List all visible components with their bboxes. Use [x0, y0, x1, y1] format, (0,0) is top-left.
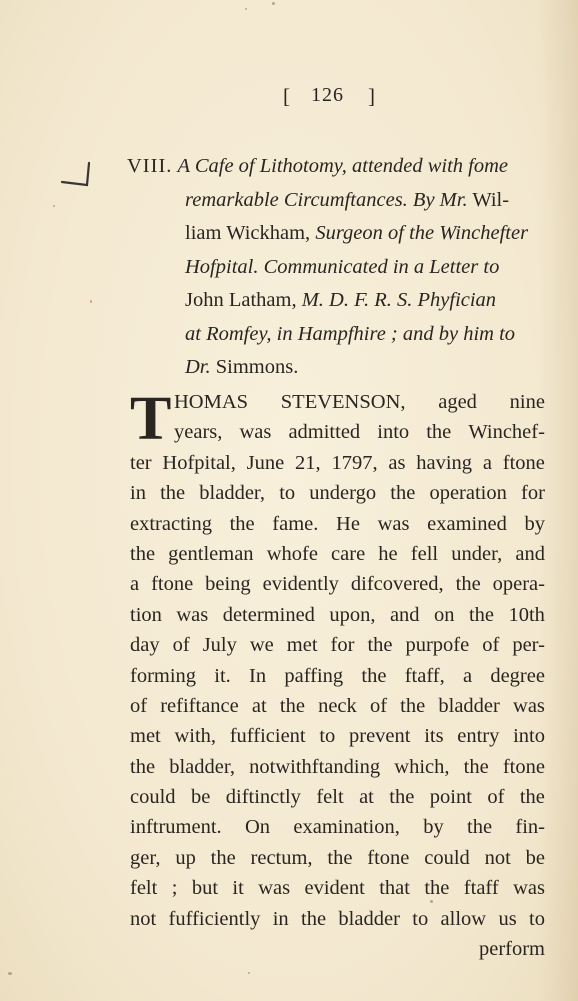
paper-speck [53, 205, 55, 207]
article-numeral: VIII. [127, 155, 172, 177]
paper-speck [248, 972, 250, 974]
body-line: HOMASSTEVENSON,agednine [130, 387, 545, 417]
heading-line-5: John Latham, M. D. F. R. S. Phyfician [127, 284, 547, 318]
article-body: T HOMASSTEVENSON,agednine years,wasadmit… [130, 387, 545, 964]
bracket-left: [ [283, 84, 291, 109]
body-line: thebladder,notwithftandingwhich,theftone [130, 752, 545, 782]
book-page: [ 126 ] VIII. A Cafe of Lithotomy, atten… [0, 0, 578, 1001]
margin-pencil-mark-icon [60, 161, 90, 191]
paper-speck [245, 8, 247, 10]
body-line: metwith,fufficienttopreventitsentryinto [130, 721, 545, 751]
body-line: couldbediftinctlyfeltatthepointofthe [130, 782, 545, 812]
heading-line-3: liam Wickham, Surgeon of the Winchefter [127, 217, 547, 251]
paper-speck [8, 972, 12, 975]
heading-line-2: remarkable Circumftances. By Mr. Wil- [127, 184, 547, 218]
body-line: inthebladder,toundergotheoperationfor [130, 478, 545, 508]
bracket-right: ] [368, 84, 376, 109]
body-line: tionwasdeterminedupon,andonthe10th [130, 600, 545, 630]
body-line: formingit.Inpaffingtheftaff,adegree [130, 661, 545, 691]
drop-cap: T [130, 391, 171, 447]
body-line: notfufficientlyinthebladdertoallowusto [130, 904, 545, 934]
article-heading: VIII. A Cafe of Lithotomy, attended with… [127, 150, 547, 385]
heading-line-7: Dr. Simmons. [127, 351, 547, 385]
body-line: ger,uptherectum,theftonecouldnotbe [130, 843, 545, 873]
body-line: ofrefiftanceattheneckofthebladderwas [130, 691, 545, 721]
paper-speck [430, 900, 433, 903]
body-line: extractingthefame.Hewasexaminedby [130, 509, 545, 539]
page-number: 126 [311, 84, 344, 107]
body-line: thegentlemanwhofecarehefellunder,and [130, 539, 545, 569]
body-line: dayofJulywemetforthepurpofeofper- [130, 630, 545, 660]
body-line: inftrument.Onexamination,bythefin- [130, 812, 545, 842]
body-line: years,wasadmittedintotheWinchef- [130, 417, 545, 447]
body-line: terHofpital,June21,1797,ashavingaftone [130, 448, 545, 478]
body-line: aftonebeingevidentlydifcovered,theopera- [130, 569, 545, 599]
paper-speck [90, 300, 92, 303]
heading-line-4: Hofpital. Communicated in a Letter to [127, 251, 547, 285]
body-line: felt;butitwasevidentthattheftaffwas [130, 873, 545, 903]
heading-line-1: VIII. A Cafe of Lithotomy, attended with… [127, 150, 547, 184]
paper-speck [272, 2, 275, 5]
heading-line-6: at Romfey, in Hampfhire ; and by him to [127, 318, 547, 352]
catchword: perform [130, 934, 545, 964]
